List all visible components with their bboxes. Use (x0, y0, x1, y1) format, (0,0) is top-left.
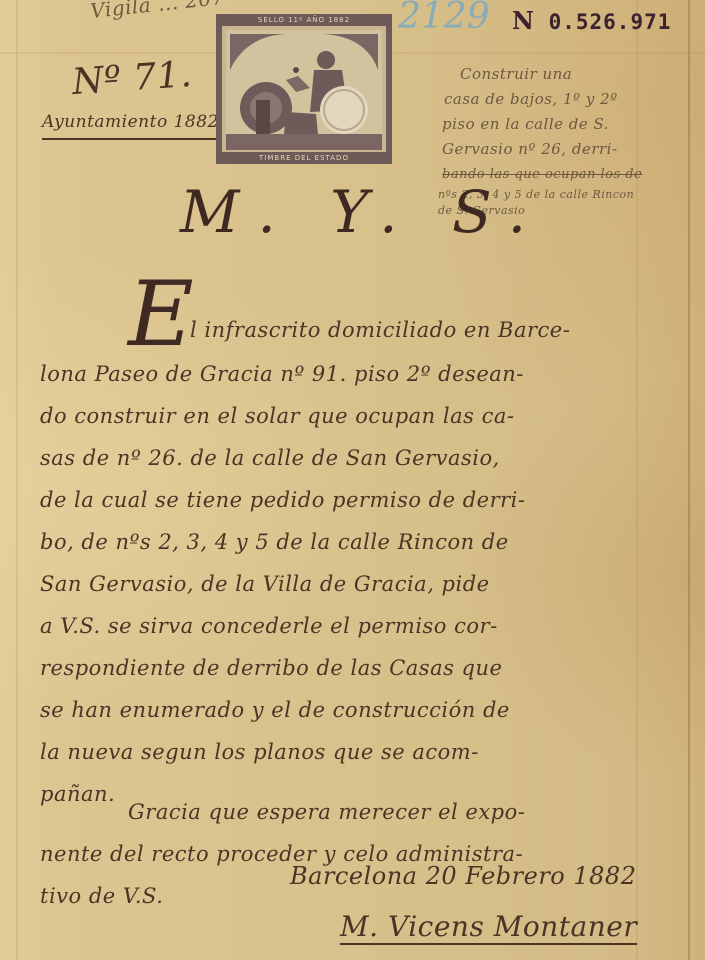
body-line: do construir en el solar que ocupan las … (40, 404, 514, 428)
body-line: bo, de nºs 2, 3, 4 y 5 de la calle Rinco… (40, 530, 509, 554)
file-note: Ayuntamiento 1882 (42, 112, 219, 140)
body-line: sas de nº 26. de la calle de San Gervasi… (40, 446, 500, 470)
serial-prefix: N (512, 6, 535, 35)
body-line: la nueva segun los planos que se acom- (40, 740, 479, 764)
closing-line: Gracia que espera merecer el expo- (128, 800, 525, 824)
serial-number: N 0.526.971 (512, 6, 671, 35)
closing-line: tivo de V.S. (40, 884, 163, 908)
stamp-bottom-text: TIMBRE DEL ESTADO (222, 152, 386, 164)
margin-note-line: Gervasio nº 26, derri- (442, 137, 702, 162)
body-line: respondiente de derribo de las Casas que (40, 656, 502, 680)
margin-note-line: Construir una (460, 62, 705, 87)
seated-allegorical-figure-stamp-icon (226, 30, 382, 150)
paper-fold-left (16, 0, 18, 960)
body-initial: E (128, 262, 194, 367)
salutation: M. Y. S. (180, 178, 544, 246)
place-date: Barcelona 20 Febrero 1882 (290, 862, 636, 890)
body-line: pañan. (40, 782, 115, 806)
tax-stamp: SELLO 11º AÑO 1882 TIMBRE DEL ESTADO (216, 14, 392, 164)
blue-pencil-number: 2129 (398, 0, 490, 37)
stamp-top-text: SELLO 11º AÑO 1882 (222, 14, 386, 26)
body-line: de la cual se tiene pedido permiso de de… (40, 488, 525, 512)
signature-name: M. Vicens Montaner (340, 910, 637, 945)
body-line: San Gervasio, de la Villa de Gracia, pid… (40, 572, 490, 596)
margin-note-line: casa de bajos, 1º y 2º (444, 87, 704, 112)
body-line: se han enumerado y el de construcción de (40, 698, 510, 722)
body-line: a V.S. se sirva concederle el permiso co… (40, 614, 498, 638)
margin-note-line: piso en la calle de S. (442, 112, 702, 137)
body-line: lona Paseo de Gracia nº 91. piso 2º dese… (40, 362, 524, 386)
file-number: Nº 71. (71, 54, 194, 103)
body-line: l infrascrito domiciliado en Barce- (190, 318, 570, 342)
serial-digits: 0.526.971 (549, 10, 672, 34)
